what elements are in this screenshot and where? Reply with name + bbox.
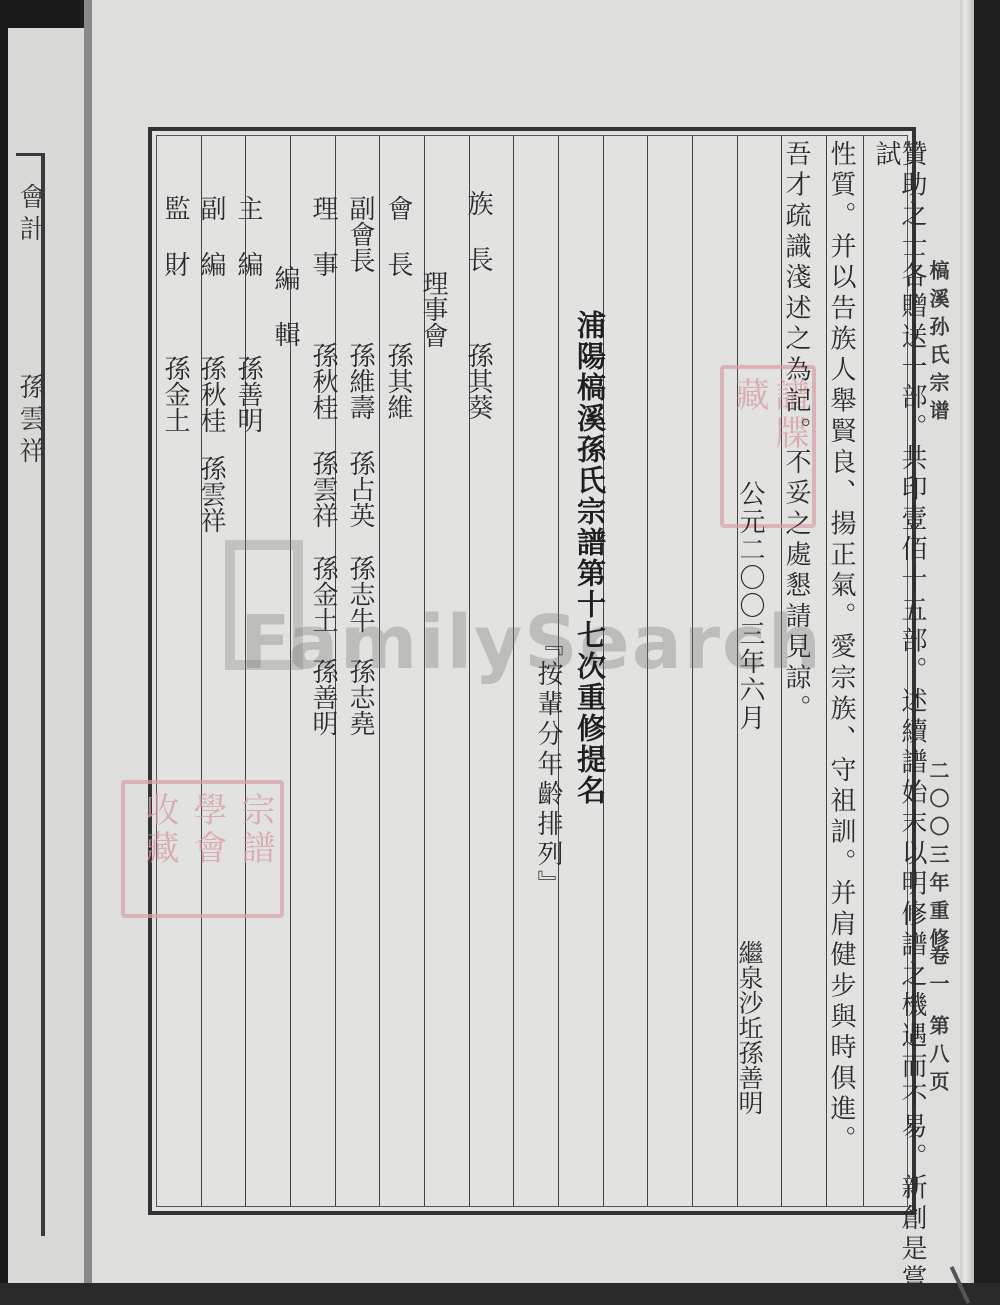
role-treasurer: 監財 (162, 195, 188, 307)
deputy-editor-name-1: 孫秋桂 (198, 355, 224, 433)
deputy-editor-name-2: 孫雲祥 (198, 455, 224, 533)
bottom-shadow (0, 1283, 1000, 1305)
left-page-name-text: 孫雲祥 (12, 373, 49, 469)
vice-chairman-name-2: 孫占英 (347, 450, 373, 528)
chief-editor-name: 孫善明 (235, 355, 261, 433)
collection-seal-bottom: 宗譜 學會 收藏 (121, 780, 284, 918)
running-page-number: 第八页 (924, 1015, 953, 1099)
vice-chairman-name-3: 孫志牛 (347, 555, 373, 633)
running-edition: 二〇〇三年重修 (924, 760, 953, 956)
role-directors: 理事 (310, 195, 336, 307)
treasurer-name: 孫金土 (162, 355, 188, 433)
roster-title: 浦陽槁溪孫氏宗譜第十七次重修提名 (575, 310, 604, 806)
director-name-3: 孫金土 (310, 555, 336, 633)
left-page-frame (16, 153, 45, 1236)
council-label: 理事會 (420, 270, 446, 348)
chairman-name: 孫其維 (385, 342, 411, 420)
running-title: 槁溪孙氏宗谱 (924, 260, 953, 428)
left-page-paper: 會計 孫雲祥 (8, 28, 84, 1290)
page-edge (960, 0, 974, 1290)
role-clan-head: 族長 (465, 190, 491, 302)
book-gutter (84, 0, 92, 1305)
director-name-1: 孫秋桂 (310, 342, 336, 420)
director-name-4: 孫善明 (310, 658, 336, 736)
role-chairman: 會長 (385, 195, 411, 307)
role-chief-editor: 主編 (235, 195, 261, 307)
running-volume: 卷一 (924, 945, 953, 1001)
role-vice-chairman: 副會長 (347, 195, 373, 273)
director-name-2: 孫雲祥 (310, 450, 336, 528)
vice-chairman-name-1: 孫維壽 (347, 342, 373, 420)
preface-line-3: 吾才疏識淺述之為記。不妥之處懇請見諒。 (783, 140, 809, 725)
clan-head-name: 孫其葵 (465, 342, 491, 420)
preface-author: 繼泉沙坵孫善明 (737, 940, 762, 1115)
preface-line-2: 性質。并以告族人舉賢良、揚正氣。愛宗族、守祖訓。并肩健步與時俱進。 (828, 140, 854, 1156)
editorial-label: 編輯 (272, 265, 298, 377)
role-deputy-editor: 副編 (198, 195, 224, 307)
left-page-role-text: 會計 (12, 183, 49, 247)
roster-ordering-note: 『按輩分年齡排列』 (535, 630, 561, 900)
vice-chairman-name-4: 孫志堯 (347, 658, 373, 736)
preface-date: 公元二〇〇三年六月 (737, 480, 763, 732)
preface-line-1: 贊助之士各贈送一部。共印壹佰十五部。述續譜始末以明修譜之機遇而不易。新創是嘗試 (873, 140, 925, 1305)
